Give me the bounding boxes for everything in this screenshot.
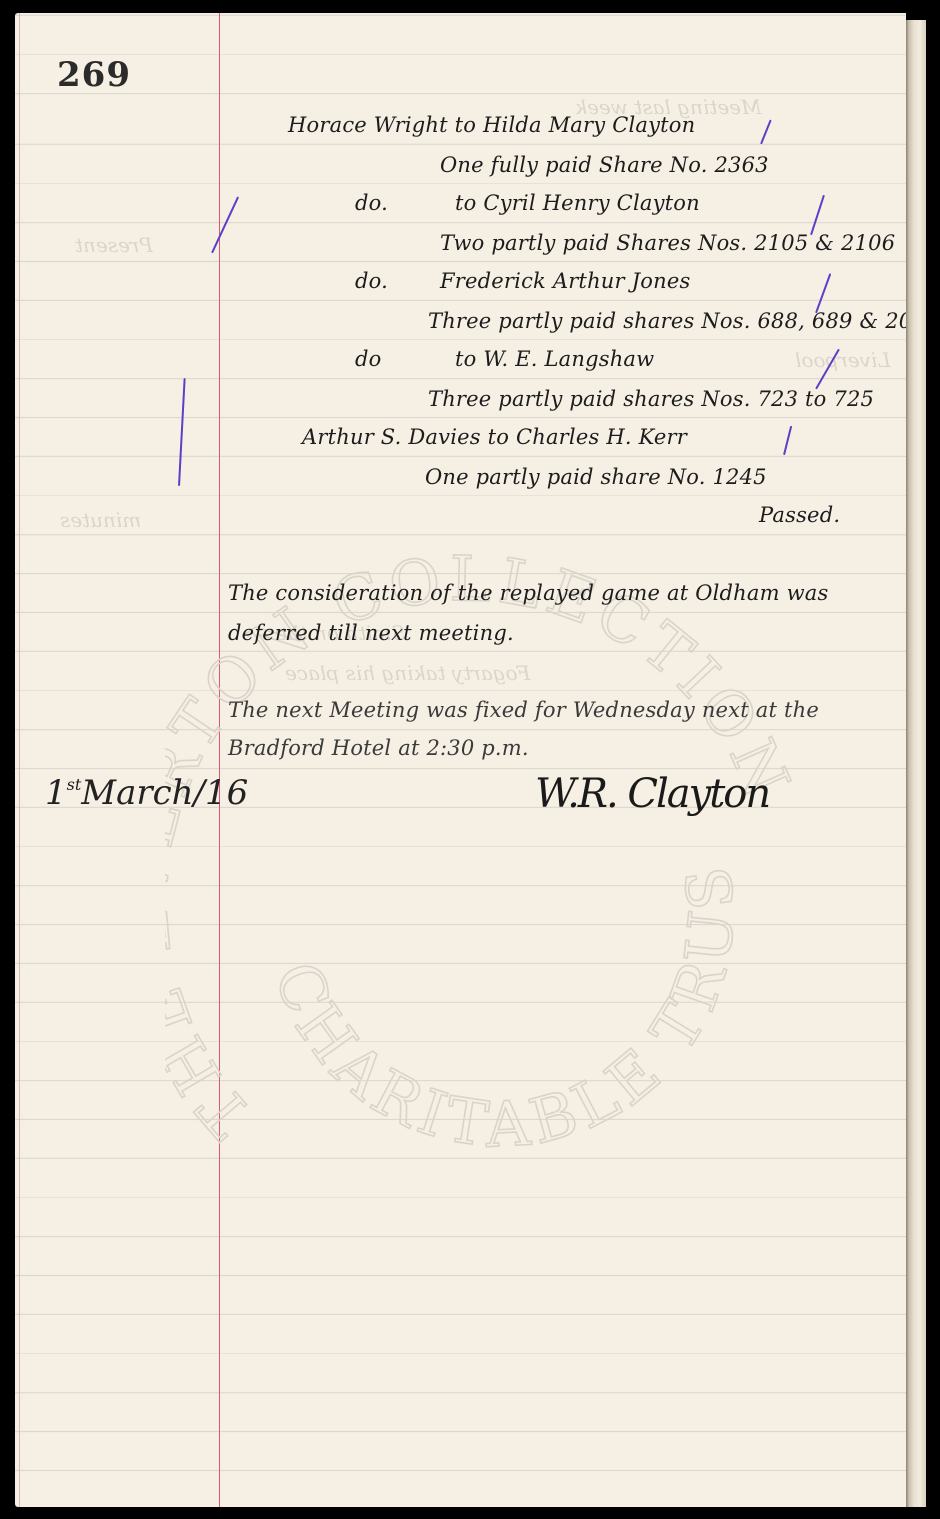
page-stack-edge [906,20,926,1507]
date-day: 1 [45,773,67,813]
ledger-page: Meeting last week Present Liverpool minu… [15,13,906,1507]
ditto-mark: do. [355,269,388,293]
bleed-through-text: minutes [60,508,141,532]
bleed-through-text: Present [75,233,153,257]
ditto-mark: do. [355,191,388,215]
transfer-party: Arthur S. Davies to Charles H. Kerr [302,425,687,449]
transfer-party: to Cyril Henry Clayton [455,191,700,215]
margin-date: 1stMarch/16 [45,773,248,813]
transfer-detail: One fully paid Share No. 2363 [440,153,769,177]
transfer-detail: Two partly paid Shares Nos. 2105 & 2106 [440,231,895,255]
transfer-party: to W. E. Langshaw [455,347,654,371]
paragraph-next-meeting: The next Meeting was fixed for Wednesday… [228,698,819,722]
paragraph-replayed-game-cont: deferred till next meeting. [228,621,514,645]
date-suffix: st [67,775,82,794]
transfer-detail: One partly paid share No. 1245 [425,465,767,489]
paragraph-next-meeting-cont: Bradford Hotel at 2:30 p.m. [228,736,529,760]
date-rest: March/16 [81,773,248,813]
transfer-detail: Three partly paid shares Nos. 723 to 725 [428,387,874,411]
ditto-mark: do [355,347,382,371]
transfer-party: Frederick Arthur Jones [440,269,690,293]
bleed-through-text: Liverpool [795,348,891,372]
paragraph-replayed-game: The consideration of the replayed game a… [228,581,829,605]
page-number: 269 [57,55,131,95]
left-binding-rule [19,13,20,1507]
chairman-signature: W.R. Clayton [535,771,769,817]
resolution-passed: Passed. [759,503,840,527]
transfer-party: Horace Wright to Hilda Mary Clayton [288,113,695,137]
transfer-detail: Three partly paid shares Nos. 688, 689 &… [428,309,906,333]
bleed-through-text: Fogarty taking his place [285,661,530,685]
